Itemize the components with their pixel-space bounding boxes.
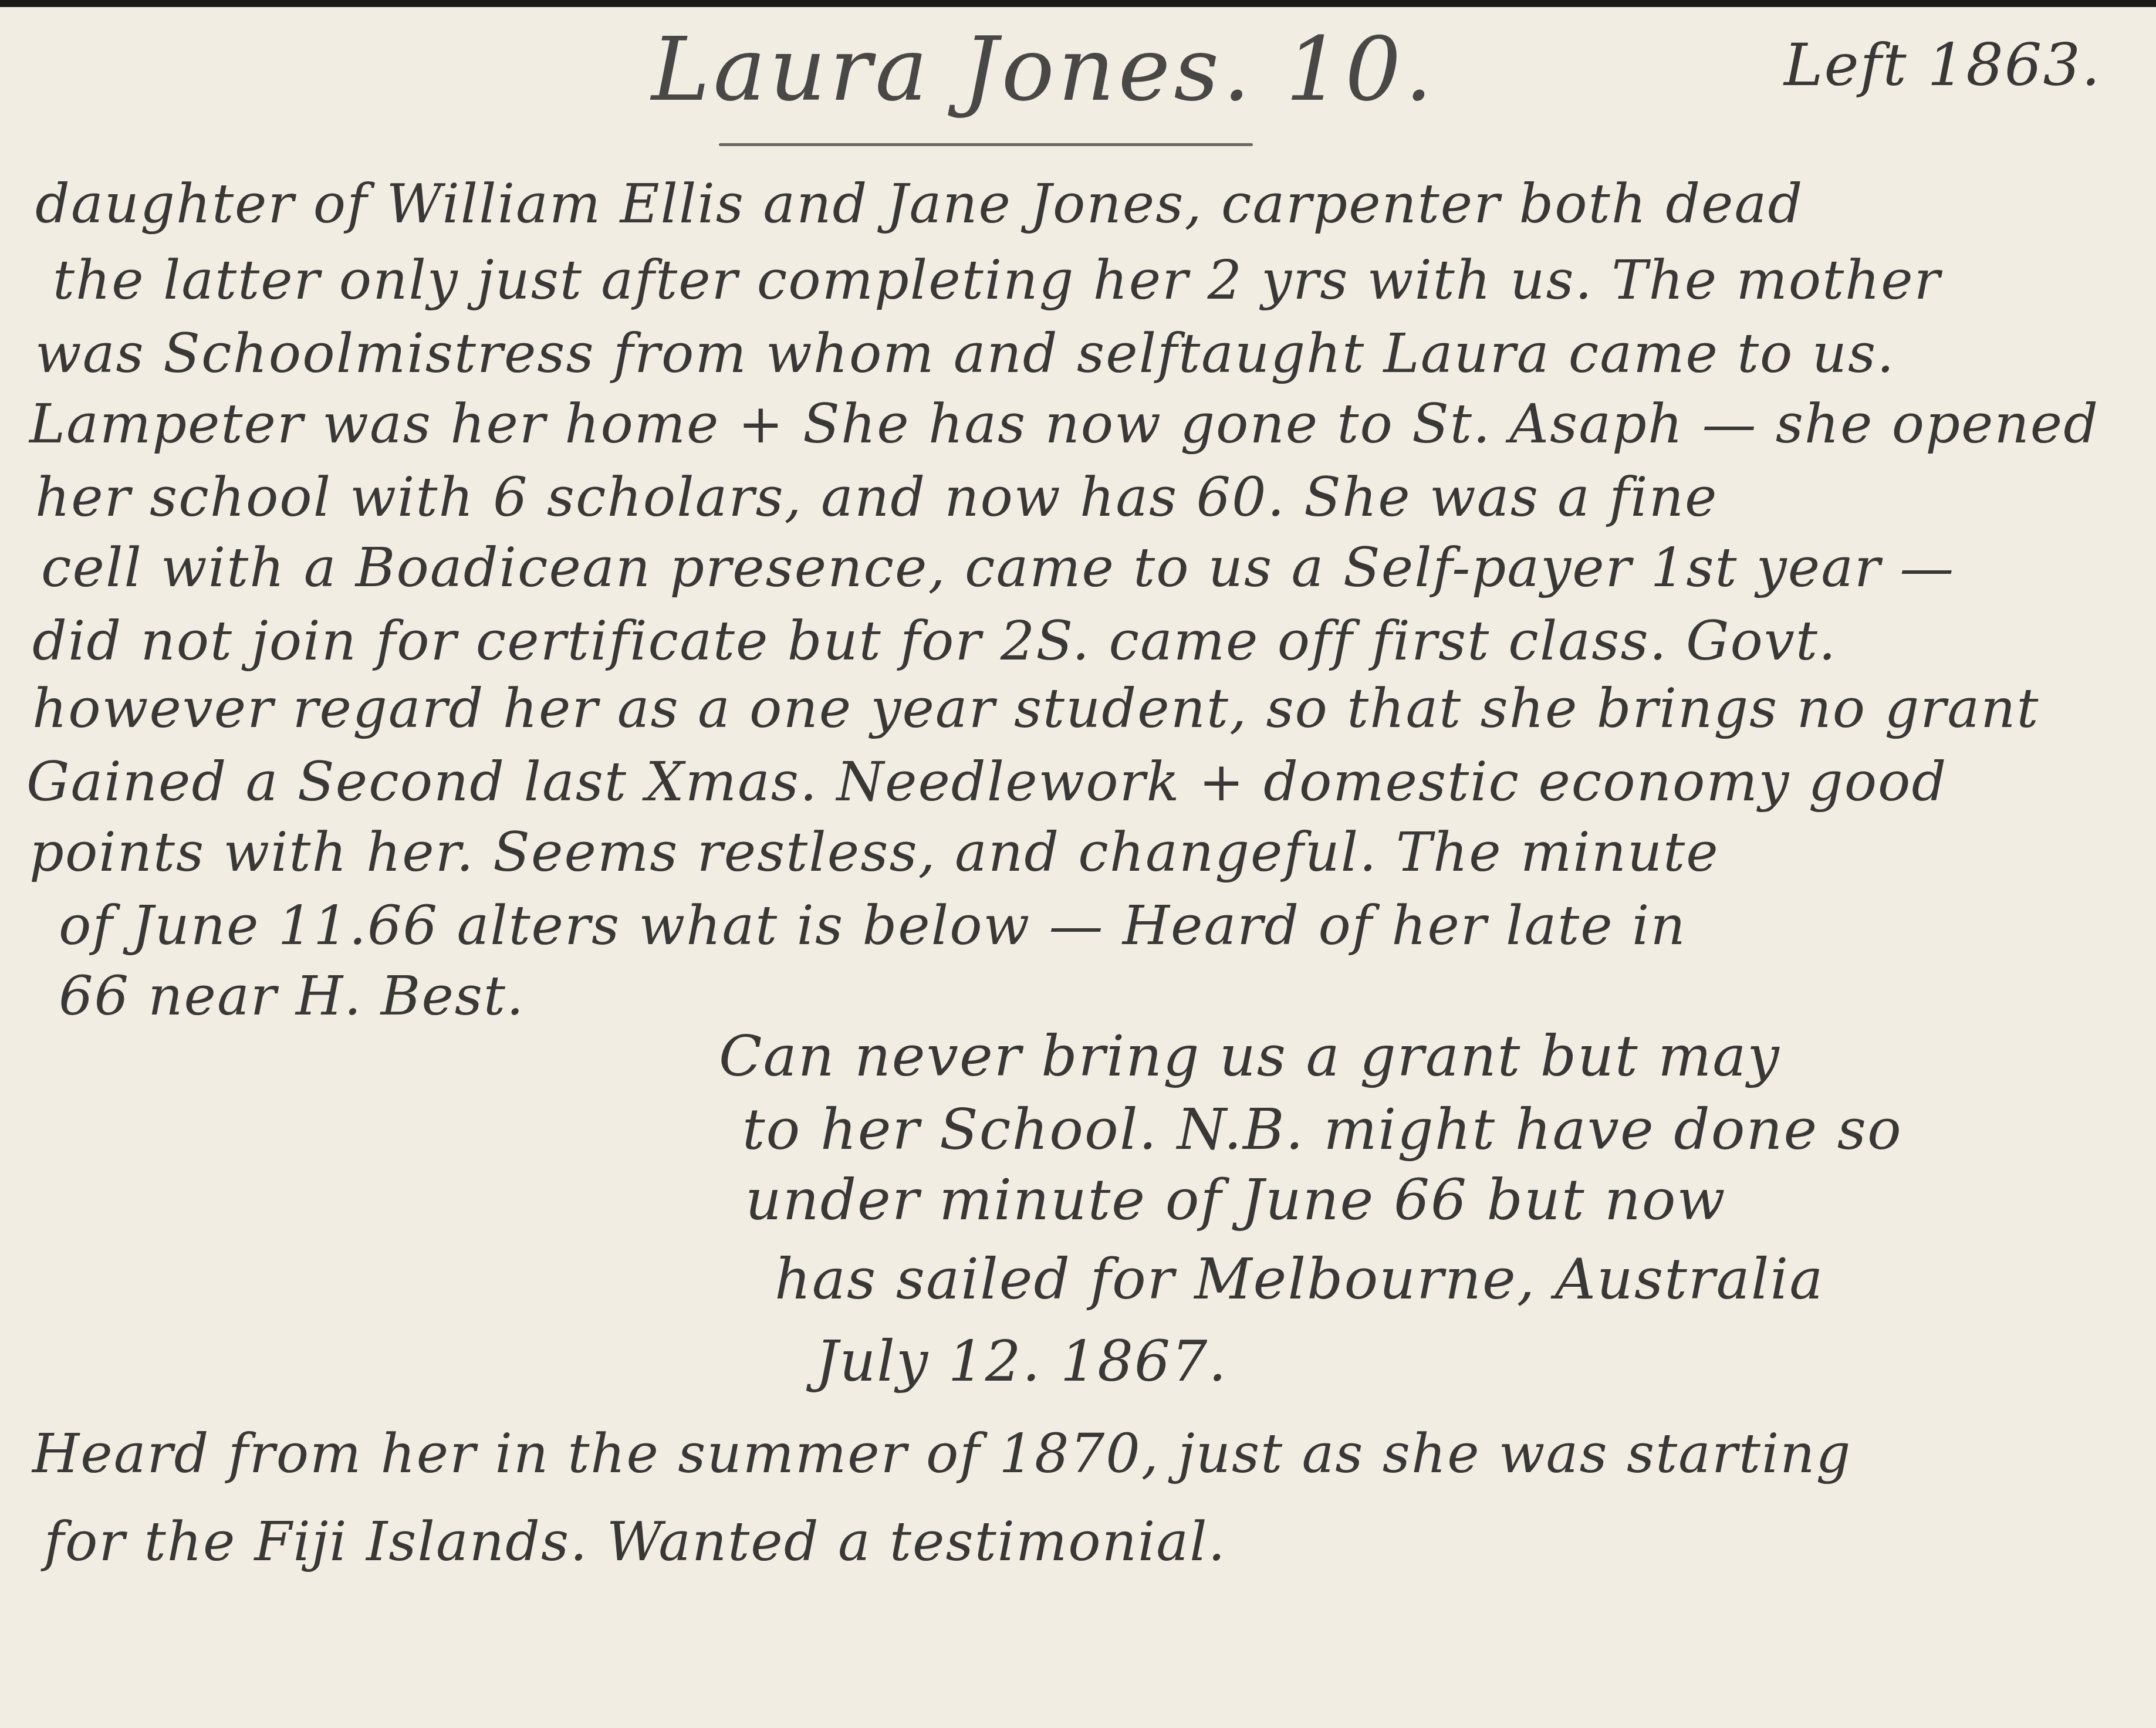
entry-line: daughter of William Ellis and Jane Jones… <box>35 177 1803 231</box>
note-line: July 12. 1867. <box>816 1333 1228 1389</box>
note-line: to her School. N.B. might have done so <box>742 1101 1902 1158</box>
entry-line: points with her. Seems restless, and cha… <box>29 826 1719 880</box>
note-line: has sailed for Melbourne, Australia <box>775 1251 1824 1307</box>
title-underline <box>719 143 1253 146</box>
entry-line: her school with 6 scholars, and now has … <box>35 471 1718 525</box>
page-top-border <box>0 0 2156 7</box>
entry-line: Gained a Second last Xmas. Needlework + … <box>26 755 1947 809</box>
entry-line: of June 11.66 alters what is below — Hea… <box>59 899 1687 953</box>
entry-line: cell with a Boadicean presence, came to … <box>41 541 1955 595</box>
entry-line: however regard her as a one year student… <box>32 682 2039 736</box>
postscript-line: Heard from her in the summer of 1870, ju… <box>32 1427 1851 1481</box>
entry-line: 66 near H. Best. <box>59 969 525 1023</box>
entry-line: was Schoolmistress from whom and selftau… <box>35 327 1895 381</box>
postscript-line: for the Fiji Islands. Wanted a testimoni… <box>44 1515 1226 1569</box>
note-line: Can never bring us a grant but may <box>719 1028 1780 1084</box>
entry-line: did not join for certificate but for 2S.… <box>32 614 1837 668</box>
left-date-note: Left 1863. <box>1784 31 2101 99</box>
entry-line: Lampeter was her home + She has now gone… <box>29 397 2099 451</box>
entry-line: the latter only just after completing he… <box>53 253 1941 307</box>
register-page: Laura Jones. 10. Left 1863. daughter of … <box>0 7 2156 1728</box>
entry-title: Laura Jones. 10. <box>651 19 1436 121</box>
note-line: under minute of June 66 but now <box>745 1172 1726 1228</box>
